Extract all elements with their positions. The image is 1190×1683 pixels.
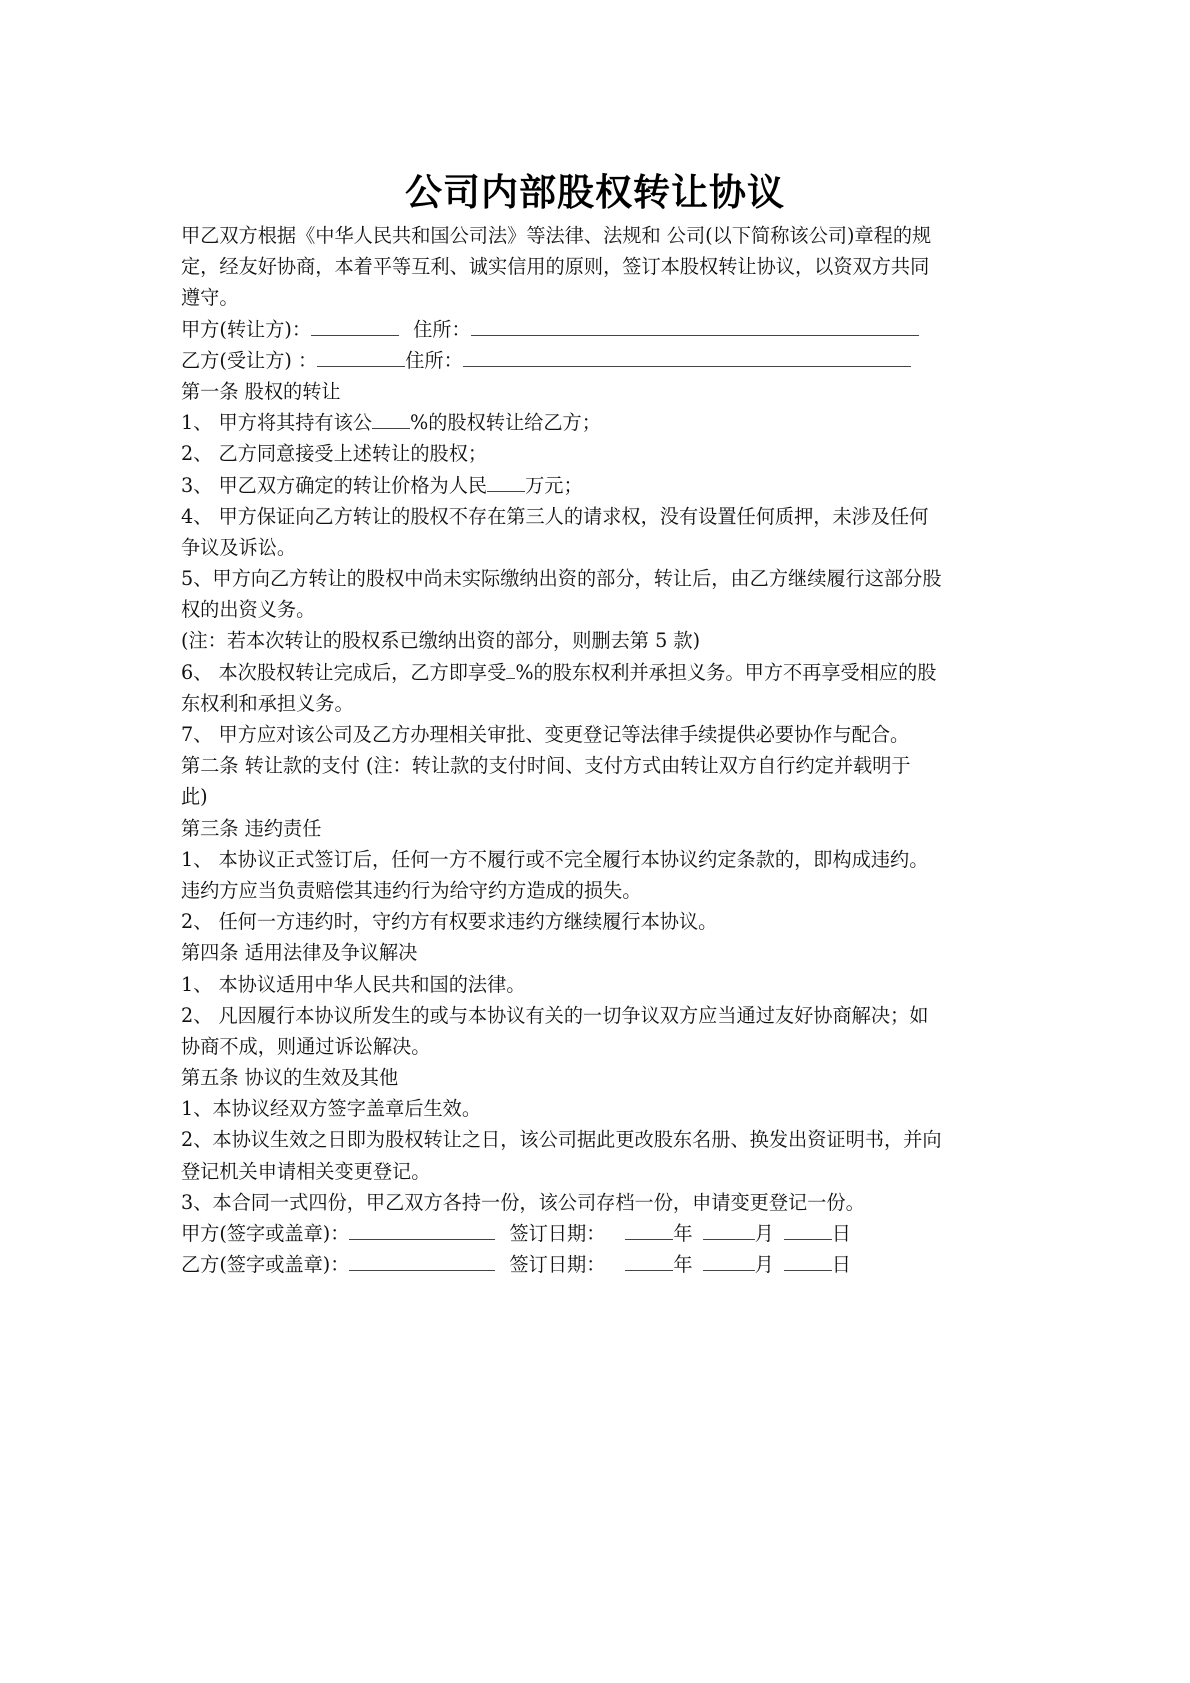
year-label: 年 xyxy=(673,1222,692,1245)
article-1-item: 5、甲方向乙方转让的股权中尚未实际缴纳出资的部分，转让后，由乙方继续履行这部分股 xyxy=(181,563,1013,594)
article-5-heading: 第五条 协议的生效及其他 xyxy=(181,1062,1013,1093)
article-4-heading: 第四条 适用法律及争议解决 xyxy=(181,937,1013,968)
preamble-line: 甲乙双方根据《中华人民共和国公司法》等法律、法规和 公司(以下简称该公司)章程的… xyxy=(181,220,1013,251)
party-a-sign-label: 甲方(签字或盖章)： xyxy=(181,1222,349,1245)
article-1-item: 争议及诉讼。 xyxy=(181,532,1013,563)
item-text: 1、 甲方将其持有该公 xyxy=(181,411,372,434)
date-label: 签订日期： xyxy=(509,1222,605,1245)
article-1-heading: 第一条 股权的转让 xyxy=(181,376,1013,407)
article-1-item: 7、 甲方应对该公司及乙方办理相关审批、变更登记等法律手续提供必要协作与配合。 xyxy=(181,719,1013,750)
party-b-address-field[interactable] xyxy=(463,346,911,367)
article-3-item: 违约方应当负责赔偿其违约行为给守约方造成的损失。 xyxy=(181,875,1013,906)
signature-row-a: 甲方(签字或盖章)：签订日期：年月日 xyxy=(181,1218,1013,1249)
document-title: 公司内部股权转让协议 xyxy=(0,162,1190,216)
article-1-item: 4、 甲方保证向乙方转让的股权不存在第三人的请求权，没有设置任何质押，未涉及任何 xyxy=(181,501,1013,532)
date-label: 签订日期： xyxy=(509,1253,605,1276)
article-4-item: 协商不成，则通过诉讼解决。 xyxy=(181,1031,1013,1062)
party-b-row: 乙方(受让方) ：住所： xyxy=(181,345,1013,376)
party-b-label: 乙方(受让方) ： xyxy=(181,349,317,372)
year-field[interactable] xyxy=(625,1219,673,1240)
rights-percent-field[interactable] xyxy=(506,658,515,679)
article-1-item: 1、 甲方将其持有该公%的股权转让给乙方； xyxy=(181,407,1013,438)
article-5-item: 2、本协议生效之日即为股权转让之日，该公司据此更改股东名册、换发出资证明书，并向 xyxy=(181,1124,1013,1155)
article-5-item: 1、本协议经双方签字盖章后生效。 xyxy=(181,1093,1013,1124)
article-1-item: 3、 甲乙双方确定的转让价格为人民万元； xyxy=(181,470,1013,501)
price-field[interactable] xyxy=(487,471,525,492)
article-5-item: 3、本合同一式四份，甲乙双方各持一份，该公司存档一份，申请变更登记一份。 xyxy=(181,1187,1013,1218)
article-2-heading: 此) xyxy=(181,781,1013,812)
party-b-address-label: 住所： xyxy=(405,349,463,372)
month-field[interactable] xyxy=(703,1219,755,1240)
party-b-signature-field[interactable] xyxy=(349,1250,495,1271)
article-3-item: 2、 任何一方违约时，守约方有权要求违约方继续履行本协议。 xyxy=(181,906,1013,937)
year-label: 年 xyxy=(673,1253,692,1276)
article-1-item: 6、 本次股权转让完成后，乙方即享受%的股东权利并承担义务。甲方不再享受相应的股 xyxy=(181,657,1013,688)
article-5-item: 登记机关申请相关变更登记。 xyxy=(181,1156,1013,1187)
item-text: 6、 本次股权转让完成后，乙方即享受 xyxy=(181,661,506,684)
party-a-address-label: 住所： xyxy=(413,318,471,341)
day-field[interactable] xyxy=(784,1219,832,1240)
party-b-sign-label: 乙方(签字或盖章)： xyxy=(181,1253,349,1276)
article-1-item: 2、 乙方同意接受上述转让的股权； xyxy=(181,438,1013,469)
article-1-item: 东权利和承担义务。 xyxy=(181,688,1013,719)
article-4-item: 2、 凡因履行本协议所发生的或与本协议有关的一切争议双方应当通过友好协商解决；如 xyxy=(181,1000,1013,1031)
item-text: 3、 甲乙双方确定的转让价格为人民 xyxy=(181,474,487,497)
document-body: 甲乙双方根据《中华人民共和国公司法》等法律、法规和 公司(以下简称该公司)章程的… xyxy=(181,220,1013,1280)
party-a-label: 甲方(转让方)： xyxy=(181,318,311,341)
month-field[interactable] xyxy=(703,1250,755,1271)
article-4-item: 1、 本协议适用中华人民共和国的法律。 xyxy=(181,969,1013,1000)
party-a-signature-field[interactable] xyxy=(349,1219,495,1240)
preamble-line: 遵守。 xyxy=(181,282,1013,313)
preamble-line: 定，经友好协商，本着平等互利、诚实信用的原则，签订本股权转让协议，以资双方共同 xyxy=(181,251,1013,282)
item-text: %的股权转让给乙方； xyxy=(410,411,601,434)
party-a-name-field[interactable] xyxy=(311,315,399,336)
party-a-row: 甲方(转让方)：住所： xyxy=(181,314,1013,345)
day-field[interactable] xyxy=(784,1250,832,1271)
party-b-name-field[interactable] xyxy=(317,346,405,367)
document-page: 公司内部股权转让协议 甲乙双方根据《中华人民共和国公司法》等法律、法规和 公司(… xyxy=(0,0,1190,1683)
article-3-heading: 第三条 违约责任 xyxy=(181,813,1013,844)
party-a-address-field[interactable] xyxy=(471,315,919,336)
month-label: 月 xyxy=(755,1222,774,1245)
article-1-item: 权的出资义务。 xyxy=(181,594,1013,625)
article-3-item: 1、 本协议正式签订后，任何一方不履行或不完全履行本协议约定条款的，即构成违约。 xyxy=(181,844,1013,875)
day-label: 日 xyxy=(832,1222,851,1245)
share-percent-field[interactable] xyxy=(372,408,410,429)
year-field[interactable] xyxy=(625,1250,673,1271)
day-label: 日 xyxy=(832,1253,851,1276)
signature-row-b: 乙方(签字或盖章)：签订日期：年月日 xyxy=(181,1249,1013,1280)
article-1-note: (注：若本次转让的股权系已缴纳出资的部分，则删去第 5 款) xyxy=(181,625,1013,656)
item-text: 万元； xyxy=(525,474,583,497)
article-2-heading: 第二条 转让款的支付 (注：转让款的支付时间、支付方式由转让双方自行约定并载明于 xyxy=(181,750,1013,781)
item-text: %的股东权利并承担义务。甲方不再享受相应的股 xyxy=(515,661,936,684)
month-label: 月 xyxy=(755,1253,774,1276)
